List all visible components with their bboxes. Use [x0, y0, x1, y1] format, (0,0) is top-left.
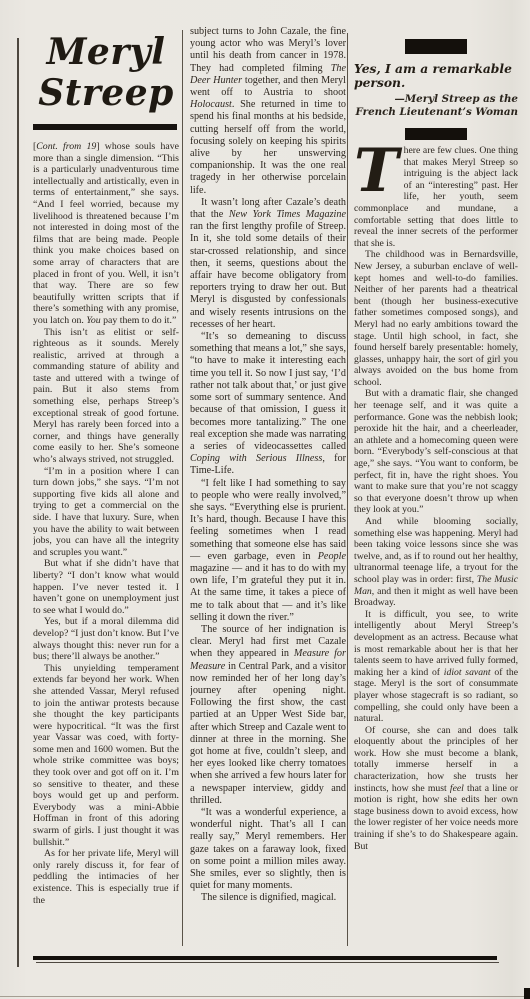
- paragraph: “It was a wonderful experience, a wonder…: [190, 807, 346, 892]
- paragraph: But with a dramatic flair, she changed h…: [354, 388, 518, 516]
- column-left: Meryl Streep [Cont. from 19] whose souls…: [33, 30, 179, 952]
- paragraph: It is difficult, you see, to write intel…: [354, 609, 518, 725]
- redaction-bar-top: [405, 39, 467, 54]
- paragraph: Of course, she can and does talk eloquen…: [354, 725, 518, 853]
- bottom-rule: [33, 956, 497, 960]
- left-margin-rule: [17, 38, 19, 967]
- title-line-2: Streep: [33, 73, 179, 114]
- paragraph: “It’s so demeaning to discuss something …: [190, 331, 346, 477]
- pull-quote-text: Yes, I am a remarkable person.: [354, 62, 518, 90]
- title-rule: [33, 124, 177, 130]
- paragraph: And while blooming socially, something e…: [354, 516, 518, 609]
- right-column-text: There are few clues. One thing that make…: [354, 145, 518, 852]
- column-middle: subject turns to John Cazale, the fine y…: [190, 26, 346, 948]
- paragraph: This isn’t as elitist or self-righteous …: [33, 327, 179, 466]
- column-divider-right: [347, 33, 348, 946]
- paragraph: subject turns to John Cazale, the fine y…: [190, 26, 346, 197]
- magazine-page: { "title": { "line1": "Meryl", "line2": …: [0, 0, 530, 999]
- paragraph: The silence is dignified, magical.: [190, 892, 346, 904]
- paragraph: [Cont. from 19] whose souls have more th…: [33, 141, 179, 327]
- bottom-rule-thin: [36, 962, 499, 963]
- paragraph: This unyielding temperament extends far …: [33, 663, 179, 849]
- article-title: Meryl Streep: [33, 32, 179, 114]
- corner-mark: [524, 988, 530, 999]
- paragraph: It wasn’t long after Cazale’s death that…: [190, 197, 346, 331]
- paragraph: The childhood was in Bernardsville, New …: [354, 249, 518, 388]
- title-line-1: Meryl: [33, 32, 179, 73]
- redaction-bar-bottom: [405, 128, 467, 140]
- column-divider-left: [182, 30, 183, 946]
- middle-column-text: subject turns to John Cazale, the fine y…: [190, 26, 346, 905]
- left-column-text: [Cont. from 19] whose souls have more th…: [33, 141, 179, 906]
- article-page: Meryl Streep [Cont. from 19] whose souls…: [0, 0, 530, 999]
- paragraph: “I felt like I had something to say to p…: [190, 478, 346, 624]
- pull-quote: Yes, I am a remarkable person. —Meryl St…: [354, 62, 518, 119]
- paragraph: “I’m in a position where I can turn down…: [33, 466, 179, 559]
- page-edge-line: [0, 996, 530, 997]
- paragraph: The source of her indignation is clear. …: [190, 624, 346, 807]
- paragraph: There are few clues. One thing that make…: [354, 145, 518, 249]
- pull-quote-attribution: —Meryl Streep as the French Lieutenant’s…: [354, 93, 518, 119]
- paragraph: Yes, but if a moral dilemma did develop?…: [33, 616, 179, 662]
- paragraph: As for her private life, Meryl will only…: [33, 848, 179, 906]
- column-right: Yes, I am a remarkable person. —Meryl St…: [354, 30, 518, 948]
- paragraph: But what if she didn’t have that liberty…: [33, 558, 179, 616]
- drop-cap: T: [354, 145, 404, 196]
